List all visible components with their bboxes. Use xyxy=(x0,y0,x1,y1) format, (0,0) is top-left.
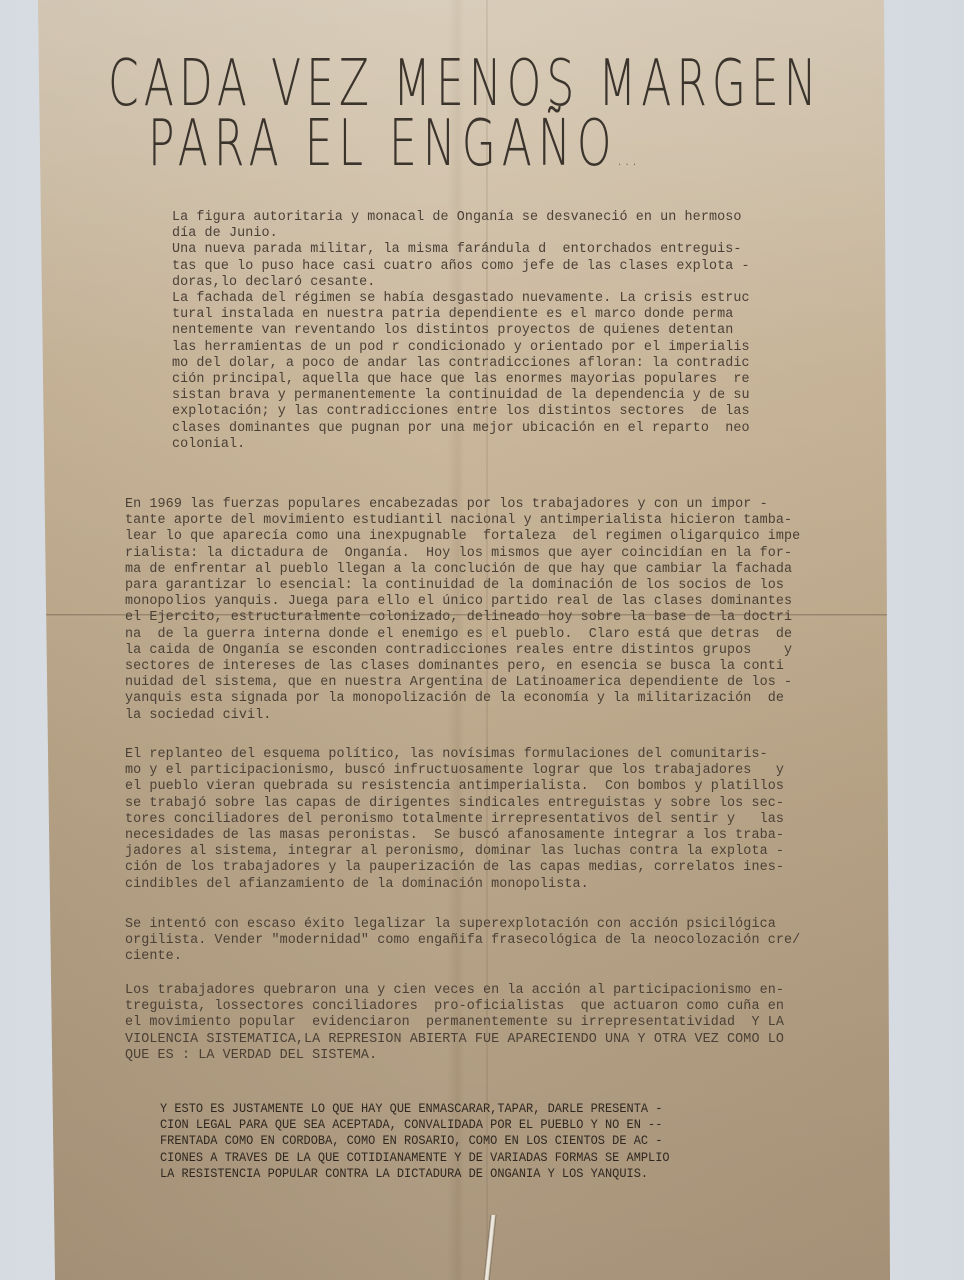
text-line: para garantizar lo esencial: la continui… xyxy=(125,578,800,594)
text-line: doras,lo declaró cesante. xyxy=(172,275,750,291)
paragraph-4: Se intentó con escaso éxito legalizar la… xyxy=(125,917,800,966)
text-line: mo del dolar, a poco de andar las contra… xyxy=(172,356,750,372)
text-line: ma de enfrentar al pueblo llegan a la co… xyxy=(125,562,800,578)
text-line: na de la guerra interna donde el enemigo… xyxy=(125,627,800,643)
text-line: VIOLENCIA SISTEMATICA,LA REPRESION ABIER… xyxy=(125,1032,784,1048)
text-line: yanquis esta signada por la monopolizaci… xyxy=(125,691,800,707)
text-line: nentemente van reventando los distintos … xyxy=(172,323,750,339)
text-line: CIONES A TRAVES DE LA QUE COTIDIANAMENTE… xyxy=(160,1150,670,1166)
text-line: ción principal, aquella que hace que las… xyxy=(172,372,750,388)
text-line: colonial. xyxy=(172,437,750,453)
text-line: monopolios yanquis. Juega para ello el ú… xyxy=(125,594,800,610)
paragraph-3: El replanteo del esquema político, las n… xyxy=(125,747,784,893)
text-line: Los trabajadores quebraron una y cien ve… xyxy=(125,983,784,999)
text-line: el movimiento popular evidenciaron perma… xyxy=(125,1015,784,1031)
text-line: ciente. xyxy=(125,949,800,965)
text-line: lear lo que aparecía como una inexpugnab… xyxy=(125,529,800,545)
text-line: día de Junio. xyxy=(172,226,750,242)
text-line: necesidades de las masas peronistas. Se … xyxy=(125,828,784,844)
text-line: CION LEGAL PARA QUE SEA ACEPTADA, CONVAL… xyxy=(160,1117,670,1133)
text-line: LA RESISTENCIA POPULAR CONTRA LA DICTADU… xyxy=(160,1166,670,1182)
paragraph-1: La figura autoritaria y monacal de Ongan… xyxy=(172,210,750,453)
text-line: mo y el participacionismo, buscó infruct… xyxy=(125,763,784,779)
text-line: sistan brava y permanentemente la contin… xyxy=(172,388,750,404)
text-line: sectores de intereses de las clases domi… xyxy=(125,659,800,675)
text-line: Se intentó con escaso éxito legalizar la… xyxy=(125,917,800,933)
text-line: FRENTADA COMO EN CORDOBA, COMO EN ROSARI… xyxy=(160,1133,670,1149)
text-line: ción de los trabajadores y la pauperizac… xyxy=(125,860,784,876)
text-line: treguista, lossectores conciliadores pro… xyxy=(125,999,784,1015)
text-line: Y ESTO ES JUSTAMENTE LO QUE HAY QUE ENMA… xyxy=(160,1101,670,1117)
text-line: La figura autoritaria y monacal de Ongan… xyxy=(172,210,750,226)
text-line: QUE ES : LA VERDAD DEL SISTEMA. xyxy=(125,1048,784,1064)
text-line: clases dominantes que pugnan por una mej… xyxy=(172,421,750,437)
paragraph-6-uppercase: Y ESTO ES JUSTAMENTE LO QUE HAY QUE ENMA… xyxy=(160,1101,670,1182)
text-line: la caida de Onganía se esconden contradi… xyxy=(125,643,800,659)
text-line: el Ejercito, estructuralmente colonizado… xyxy=(125,610,800,626)
text-line: se trabajó sobre las capas de dirigentes… xyxy=(125,796,784,812)
text-line: nuidad del sistema, que en nuestra Argen… xyxy=(125,675,800,691)
paragraph-2: En 1969 las fuerzas populares encabezada… xyxy=(125,497,800,724)
text-line: tural instalada en nuestra patria depend… xyxy=(172,307,750,323)
text-line: tores conciliadores del peronismo totalm… xyxy=(125,812,784,828)
text-line: tante aporte del movimiento estudiantil … xyxy=(125,513,800,529)
text-line: rialista: la dictadura de Onganía. Hoy l… xyxy=(125,546,800,562)
text-line: La fachada del régimen se había desgasta… xyxy=(172,291,750,307)
text-line: tas que lo puso hace casi cuatro años co… xyxy=(172,259,750,275)
text-line: el pueblo vieran quebrada su resistencia… xyxy=(125,779,784,795)
text-line: En 1969 las fuerzas populares encabezada… xyxy=(125,497,800,513)
text-line: cindibles del afianzamiento de la domina… xyxy=(125,877,784,893)
headline-text: PARA EL ENGAÑO xyxy=(148,107,617,181)
paragraph-5: Los trabajadores quebraron una y cien ve… xyxy=(125,983,784,1064)
headline-line-2: PARA EL ENGAÑO... xyxy=(148,107,964,181)
text-line: jadores al sistema, integrar al peronism… xyxy=(125,844,784,860)
text-line: El replanteo del esquema político, las n… xyxy=(125,747,784,763)
text-line: las herramientas de un pod r condicionad… xyxy=(172,340,750,356)
text-line: orgilista. Vender "modernidad" como enga… xyxy=(125,933,800,949)
text-line: la sociedad civil. xyxy=(125,708,800,724)
headline-ellipsis: ... xyxy=(617,148,639,171)
text-line: explotación; y las contradicciones entre… xyxy=(172,404,750,420)
text-line: Una nueva parada militar, la misma farán… xyxy=(172,242,750,258)
